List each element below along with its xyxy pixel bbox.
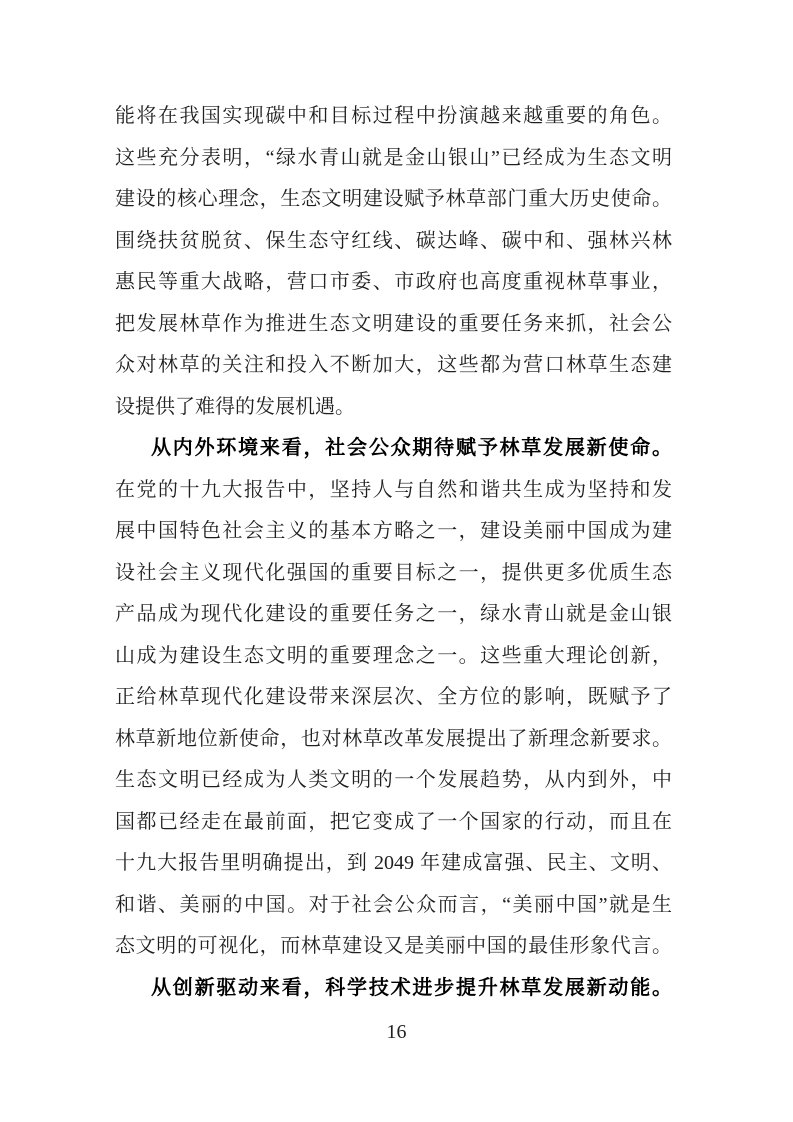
text-line: 把发展林草作为推进生态文明建设的重要任务来抓，社会公: [115, 304, 672, 346]
text-line: 能将在我国实现碳中和目标过程中扮演越来越重要的角色。: [115, 96, 672, 138]
text-line: 国都已经走在最前面，把它变成了一个国家的行动，而且在: [115, 802, 672, 844]
text-line: 和谐、美丽的中国。对于社会公众而言，“美丽中国”就是生: [115, 885, 672, 927]
document-page: 能将在我国实现碳中和目标过程中扮演越来越重要的角色。 这些充分表明，“绿水青山就…: [0, 0, 793, 1122]
text-line: 这些充分表明，“绿水青山就是金山银山”已经成为生态文明: [115, 138, 672, 180]
text-line: 众对林草的关注和投入不断加大，这些都为营口林草生态建: [115, 345, 672, 387]
text-line: 林草新地位新使命，也对林草改革发展提出了新理念新要求。: [115, 719, 672, 761]
text-line: 围绕扶贫脱贫、保生态守红线、碳达峰、碳中和、强林兴林: [115, 221, 672, 263]
paragraph-lead-line: 从创新驱动来看，科学技术进步提升林草发展新动能。: [115, 968, 672, 1010]
paragraph-lead-line: 从内外环境来看，社会公众期待赋予林草发展新使命。: [115, 428, 672, 470]
text-line: 十九大报告里明确提出，到 2049 年建成富强、民主、文明、: [115, 843, 672, 885]
paragraph-end-line: 设提供了难得的发展机遇。: [115, 387, 672, 429]
text-line: 展中国特色社会主义的基本方略之一，建设美丽中国成为建: [115, 511, 672, 553]
text-line: 设社会主义现代化强国的重要目标之一，提供更多优质生态: [115, 553, 672, 595]
text-line: 产品成为现代化建设的重要任务之一，绿水青山就是金山银: [115, 594, 672, 636]
text-line: 建设的核心理念，生态文明建设赋予林草部门重大历史使命。: [115, 179, 672, 221]
text-line: 山成为建设生态文明的重要理念之一。这些重大理论创新，: [115, 636, 672, 678]
page-number: 16: [0, 1018, 793, 1046]
text-line: 态文明的可视化，而林草建设又是美丽中国的最佳形象代言。: [115, 926, 672, 968]
text-line: 生态文明已经成为人类文明的一个发展趋势，从内到外，中: [115, 760, 672, 802]
text-line: 正给林草现代化建设带来深层次、全方位的影响，既赋予了: [115, 677, 672, 719]
text-block: 能将在我国实现碳中和目标过程中扮演越来越重要的角色。 这些充分表明，“绿水青山就…: [115, 96, 672, 1009]
text-line: 在党的十九大报告中，坚持人与自然和谐共生成为坚持和发: [115, 470, 672, 512]
text-line: 惠民等重大战略，营口市委、市政府也高度重视林草事业，: [115, 262, 672, 304]
